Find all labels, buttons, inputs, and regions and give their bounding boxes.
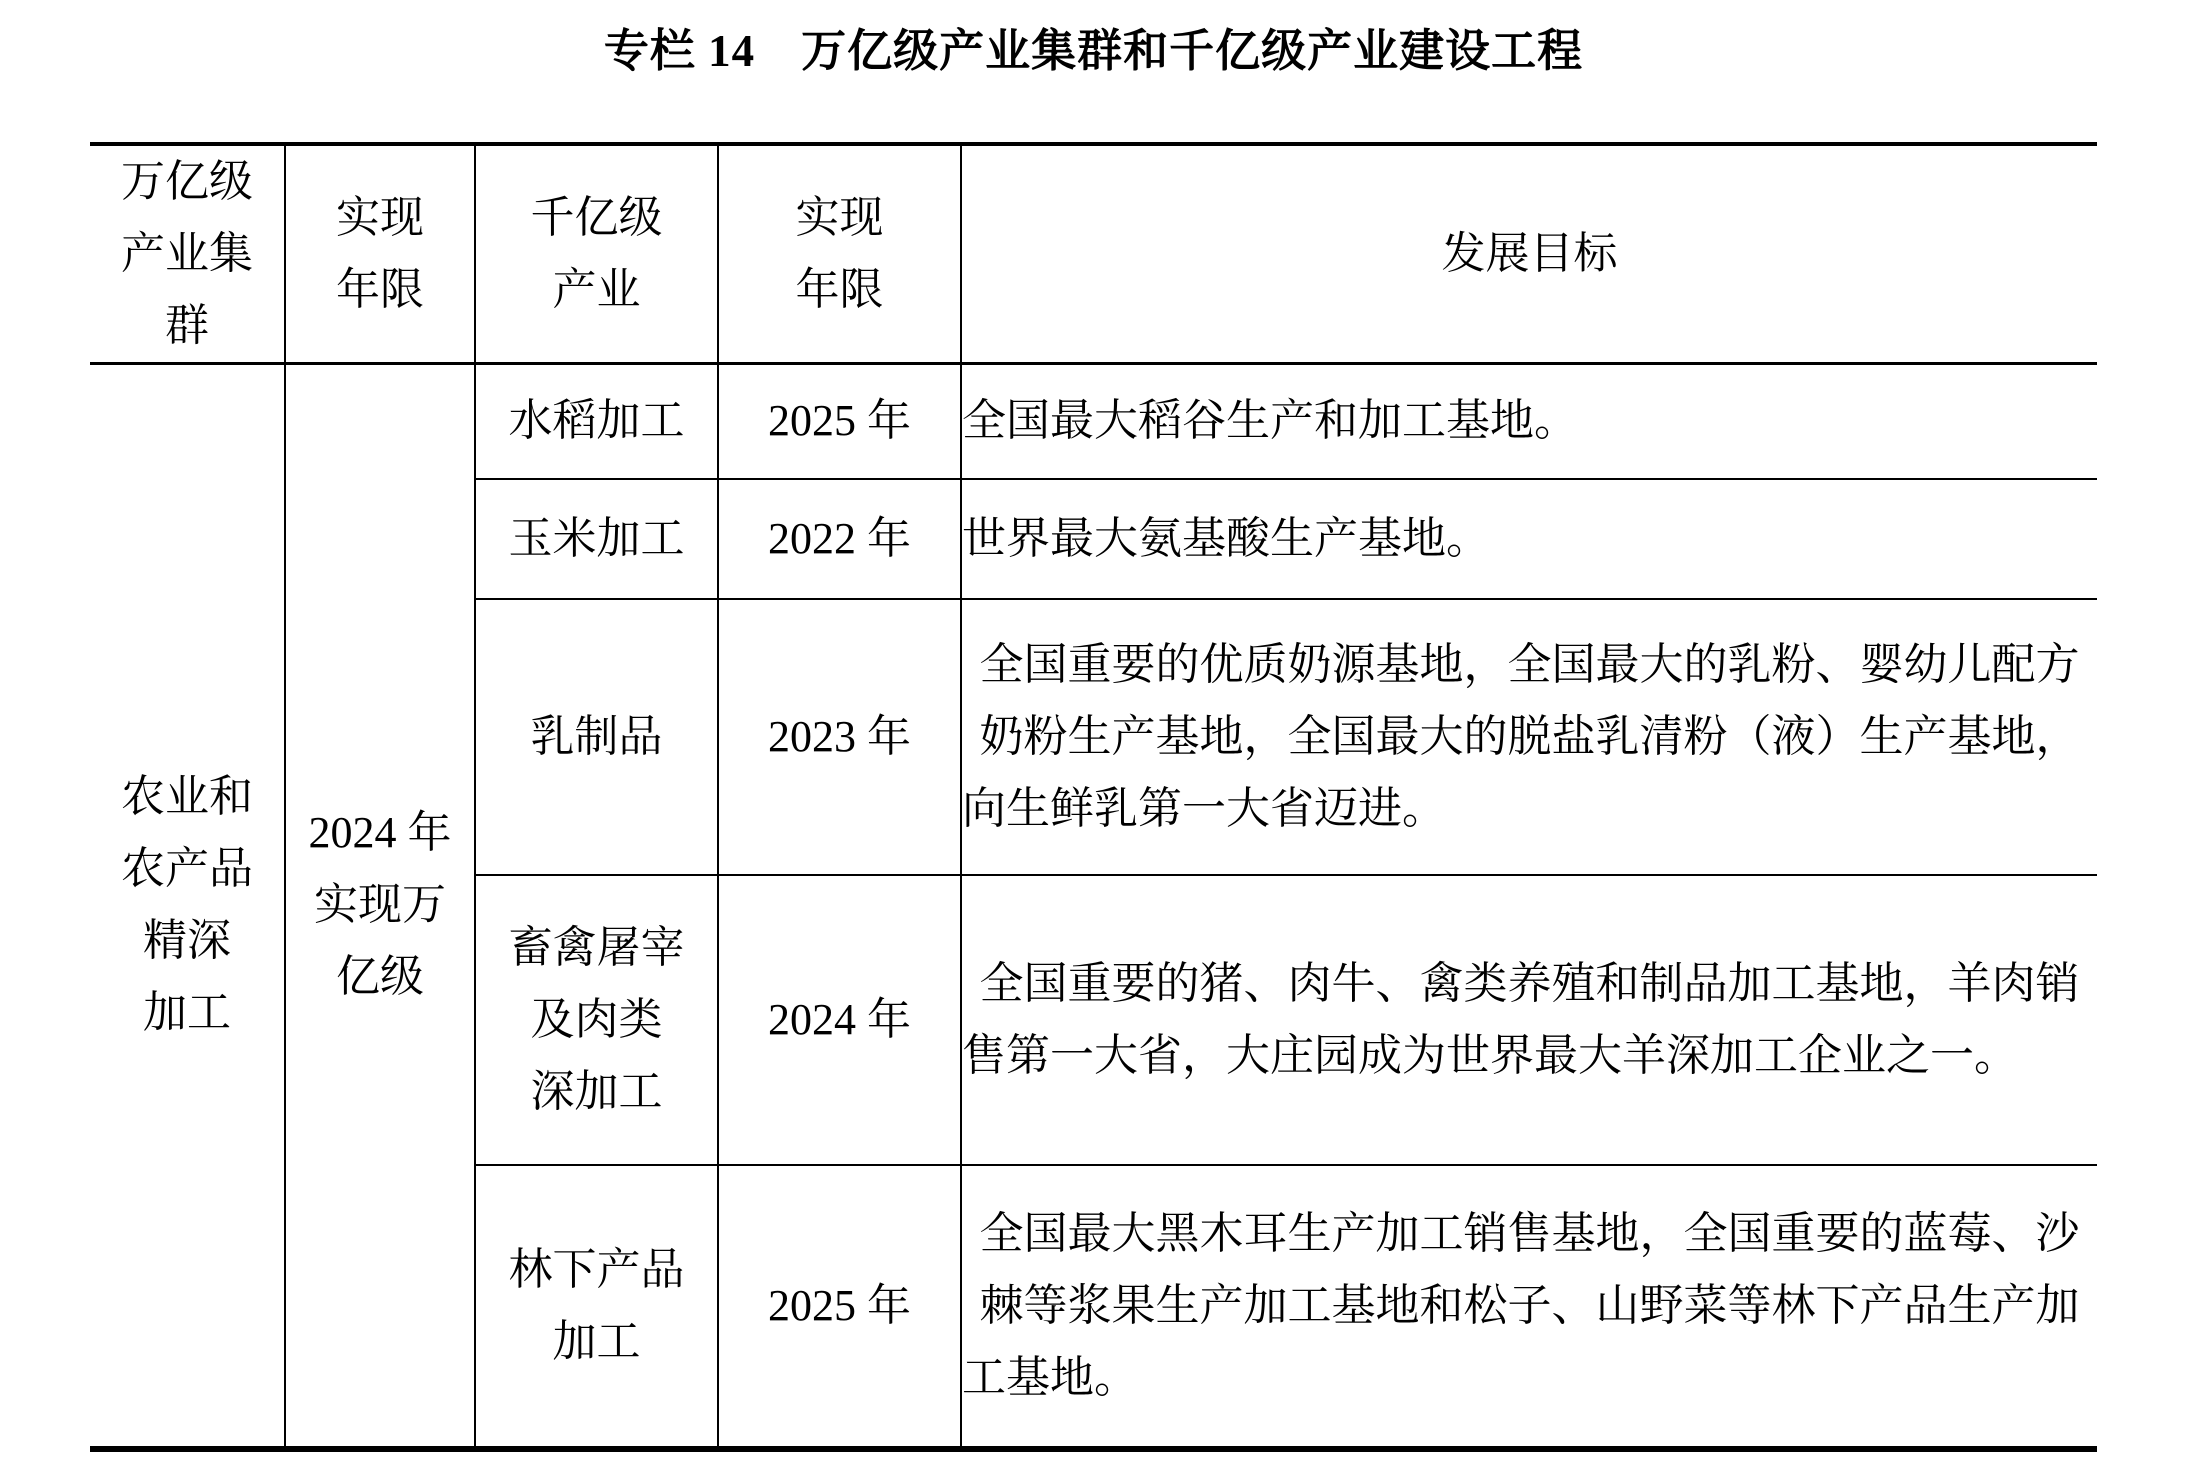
year-cell: 2025 年 (718, 364, 961, 479)
goal-cell: 全国最大黑木耳生产加工销售基地，全国重要的蓝莓、沙棘等浆果生产加工基地和松子、山… (961, 1165, 2097, 1449)
industry-cell: 乳制品 (475, 599, 718, 875)
header-goal: 发展目标 (961, 144, 2097, 364)
industry-cell: 水稻加工 (475, 364, 718, 479)
cluster-year-cell: 2024 年 实现万 亿级 (285, 364, 475, 1449)
header-cluster-year: 实现 年限 (285, 144, 475, 364)
document-title: 专栏 14 万亿级产业集群和千亿级产业建设工程 (90, 24, 2097, 78)
header-cluster: 万亿级 产业集 群 (90, 144, 285, 364)
header-row: 万亿级 产业集 群 实现 年限 千亿级 产业 实现 年限 发展目标 (90, 144, 2097, 364)
header-industry: 千亿级 产业 (475, 144, 718, 364)
goal-cell: 全国重要的猪、肉牛、禽类养殖和制品加工基地，羊肉销售第一大省，大庄园成为世界最大… (961, 875, 2097, 1165)
year-cell: 2024 年 (718, 875, 961, 1165)
year-cell: 2025 年 (718, 1165, 961, 1449)
industry-table: 万亿级 产业集 群 实现 年限 千亿级 产业 实现 年限 发展目标 农业和 农产… (90, 142, 2097, 1452)
document-page: 专栏 14 万亿级产业集群和千亿级产业建设工程 万亿级 产业集 群 实现 年限 … (0, 0, 2196, 1460)
goal-cell: 全国最大稻谷生产和加工基地。 (961, 364, 2097, 479)
year-cell: 2023 年 (718, 599, 961, 875)
header-industry-year: 实现 年限 (718, 144, 961, 364)
goal-cell: 全国重要的优质奶源基地，全国最大的乳粉、婴幼儿配方奶粉生产基地，全国最大的脱盐乳… (961, 599, 2097, 875)
cluster-name-cell: 农业和 农产品 精深 加工 (90, 364, 285, 1449)
year-cell: 2022 年 (718, 479, 961, 599)
goal-cell: 世界最大氨基酸生产基地。 (961, 479, 2097, 599)
table-row: 农业和 农产品 精深 加工 2024 年 实现万 亿级 水稻加工 2025 年 … (90, 364, 2097, 479)
industry-cell: 畜禽屠宰 及肉类 深加工 (475, 875, 718, 1165)
industry-cell: 玉米加工 (475, 479, 718, 599)
industry-cell: 林下产品 加工 (475, 1165, 718, 1449)
